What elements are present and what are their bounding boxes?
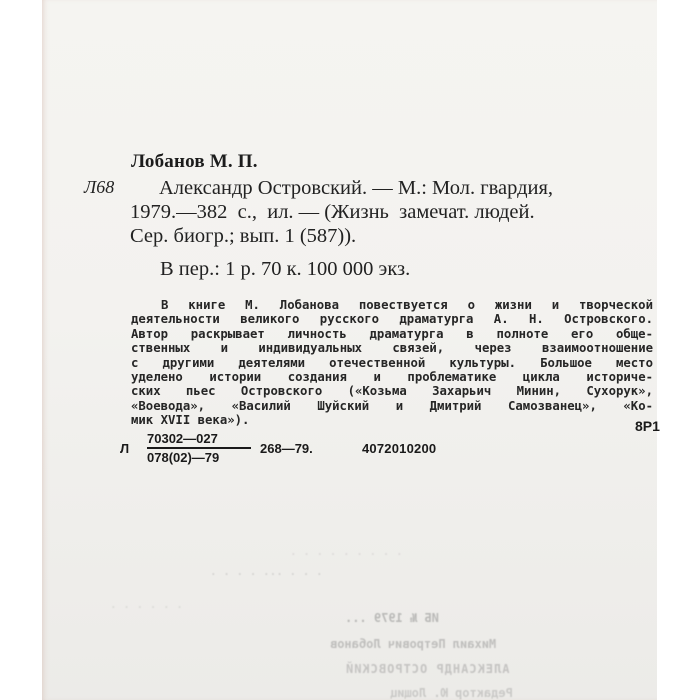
imprint-fraction: 70302—027 078(02)—79 (147, 431, 251, 465)
fraction-numerator: 70302—027 (147, 431, 251, 446)
summary-line: В книге М. Лобанова повествуется о жизни… (131, 298, 653, 312)
show-through-text: Михаил Петрович Лобанов (330, 637, 496, 651)
book-code: 4072010200 (362, 441, 436, 456)
summary-line: Автор раскрывает личность драматурга в п… (131, 327, 653, 341)
fraction-bar (147, 447, 251, 449)
summary-line: с другими деятелями отечественной культу… (131, 356, 653, 370)
summary-line: уделено истории создания и проблематике … (131, 370, 653, 384)
biblio-line: Александр Островский. — М.: Мол. гвардия… (130, 176, 700, 200)
bibliographic-description: Александр Островский. — М.: Мол. гвардия… (130, 176, 700, 248)
classification-code: 8Р1 (635, 418, 660, 434)
fraction-denominator: 078(02)—79 (147, 450, 251, 465)
annotation-summary: В книге М. Лобанова повествуется о жизни… (131, 298, 653, 428)
show-through-text: · · · ··· · · · · (210, 568, 323, 581)
author-heading: Лобанов М. П. (131, 151, 258, 173)
summary-line: ских пьес Островского («Козьма Захарьич … (131, 384, 653, 398)
show-through-text: ИБ № 1979 ... (345, 611, 439, 625)
summary-line: деятельности великого русского драматург… (131, 312, 653, 326)
price-and-print-run: В пер.: 1 р. 70 к. 100 000 экз. (160, 258, 410, 281)
show-through-text: АЛЕКСАНДР ОСТРОВСКИЙ (345, 662, 510, 676)
imprint-letter: Л (120, 441, 129, 456)
show-through-text: · · · · · · (110, 601, 183, 614)
biblio-line: Сер. биогр.; вып. 1 (587)). (130, 224, 700, 248)
summary-line: ственных и индивидуальных связей, через … (131, 341, 653, 355)
show-through-text: . . . . . . . . . (290, 545, 403, 558)
show-through-text: Редактор Ю. Лощиц (390, 686, 513, 700)
book-page: Лобанов М. П. Л68 Александр Островский. … (42, 0, 657, 700)
biblio-line: 1979.—382 с., ил. — (Жизнь замечат. люде… (130, 200, 700, 224)
order-number: 268—79. (260, 441, 313, 456)
summary-line: мик XVII века»). (131, 413, 653, 427)
library-index-code: Л68 (84, 177, 114, 198)
summary-line: «Воевода», «Василий Шуйский и Дмитрий Са… (131, 399, 653, 413)
